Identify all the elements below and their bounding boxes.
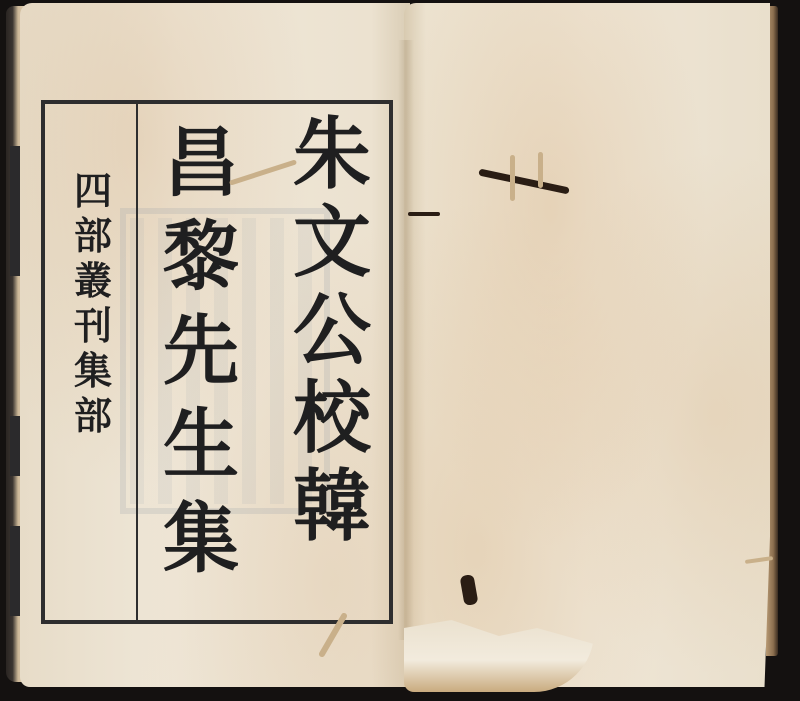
title-column-2: 昌 黎 先 生 集 xyxy=(156,125,246,595)
char: 生 xyxy=(163,407,239,483)
char: 四 xyxy=(74,172,112,210)
char: 昌 xyxy=(163,125,239,201)
wormhole xyxy=(408,212,440,216)
series-label-column: 四 部 叢 刊 集 部 xyxy=(70,172,116,442)
gutter xyxy=(398,40,414,640)
open-book-photo: 四 部 叢 刊 集 部 昌 黎 先 生 集 朱 文 公 校 韓 xyxy=(0,0,800,701)
wormhole xyxy=(538,152,543,188)
char: 集 xyxy=(74,352,112,390)
char: 先 xyxy=(163,313,239,389)
frame-divider xyxy=(136,104,138,620)
char: 部 xyxy=(74,217,112,255)
title-column-1: 朱 文 公 校 韓 xyxy=(282,116,382,556)
char: 朱 xyxy=(293,116,371,194)
char: 刊 xyxy=(74,307,112,345)
char: 公 xyxy=(293,292,371,370)
char: 部 xyxy=(74,397,112,435)
wormhole xyxy=(510,155,515,201)
char: 黎 xyxy=(163,219,239,295)
char: 文 xyxy=(293,204,371,282)
char: 韓 xyxy=(293,468,371,546)
right-page-blank xyxy=(404,3,770,687)
char: 叢 xyxy=(74,262,112,300)
char: 校 xyxy=(293,380,371,458)
char: 集 xyxy=(163,501,239,577)
